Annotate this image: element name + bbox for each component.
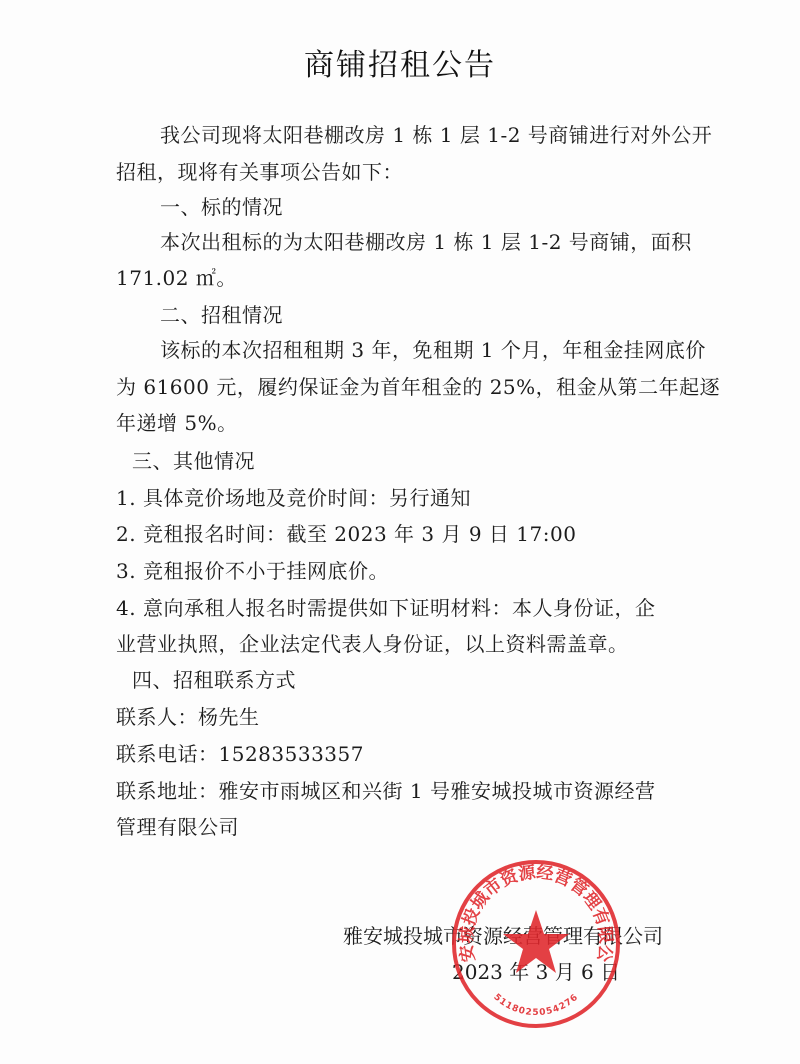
section-2-heading: 二、招租情况 — [160, 301, 283, 329]
section-1-heading: 一、标的情况 — [160, 193, 283, 221]
section-3-item-2: 2. 竞租报名时间：截至 2023 年 3 月 9 日 17:00 — [116, 520, 576, 548]
section-2-body-1: 该标的本次招租租期 3 年，免租期 1 个月，年租金挂网底价 — [160, 336, 706, 364]
page-title: 商铺招租公告 — [0, 40, 800, 84]
contact-person: 联系人：杨先生 — [116, 703, 260, 731]
contact-address-2: 管理有限公司 — [116, 813, 239, 841]
section-1-body-1: 本次出租标的为太阳巷棚改房 1 栋 1 层 1-2 号商铺，面积 — [160, 228, 692, 256]
section-2-body-3: 年递增 5%。 — [116, 409, 238, 437]
section-3-item-3: 3. 竞租报价不小于挂网底价。 — [116, 557, 389, 585]
company-seal-icon: 雅安城投城市资源经营管理有限公司 5118025054276 — [450, 858, 622, 1030]
section-3-item-1: 1. 具体竞价场地及竞价时间：另行通知 — [116, 484, 471, 512]
svg-text:5118025054276: 5118025054276 — [491, 992, 580, 1018]
section-4-heading: 四、招租联系方式 — [132, 666, 296, 694]
contact-phone: 联系电话：15283533357 — [116, 740, 364, 768]
contact-address-1: 联系地址：雅安市雨城区和兴街 1 号雅安城投城市资源经营 — [116, 777, 655, 805]
intro-line-1: 我公司现将太阳巷棚改房 1 栋 1 层 1-2 号商铺进行对外公开 — [160, 121, 712, 149]
intro-line-2: 招租，现将有关事项公告如下： — [116, 158, 403, 186]
section-3-heading: 三、其他情况 — [132, 447, 255, 475]
section-1-body-2: 171.02 ㎡。 — [116, 264, 237, 292]
section-3-item-4-cont: 业营业执照，企业法定代表人身份证，以上资料需盖章。 — [116, 630, 629, 658]
section-3-item-4: 4. 意向承租人报名时需提供如下证明材料：本人身份证，企 — [116, 594, 655, 622]
section-2-body-2: 为 61600 元，履约保证金为首年租金的 25%，租金从第二年起逐 — [116, 373, 720, 401]
